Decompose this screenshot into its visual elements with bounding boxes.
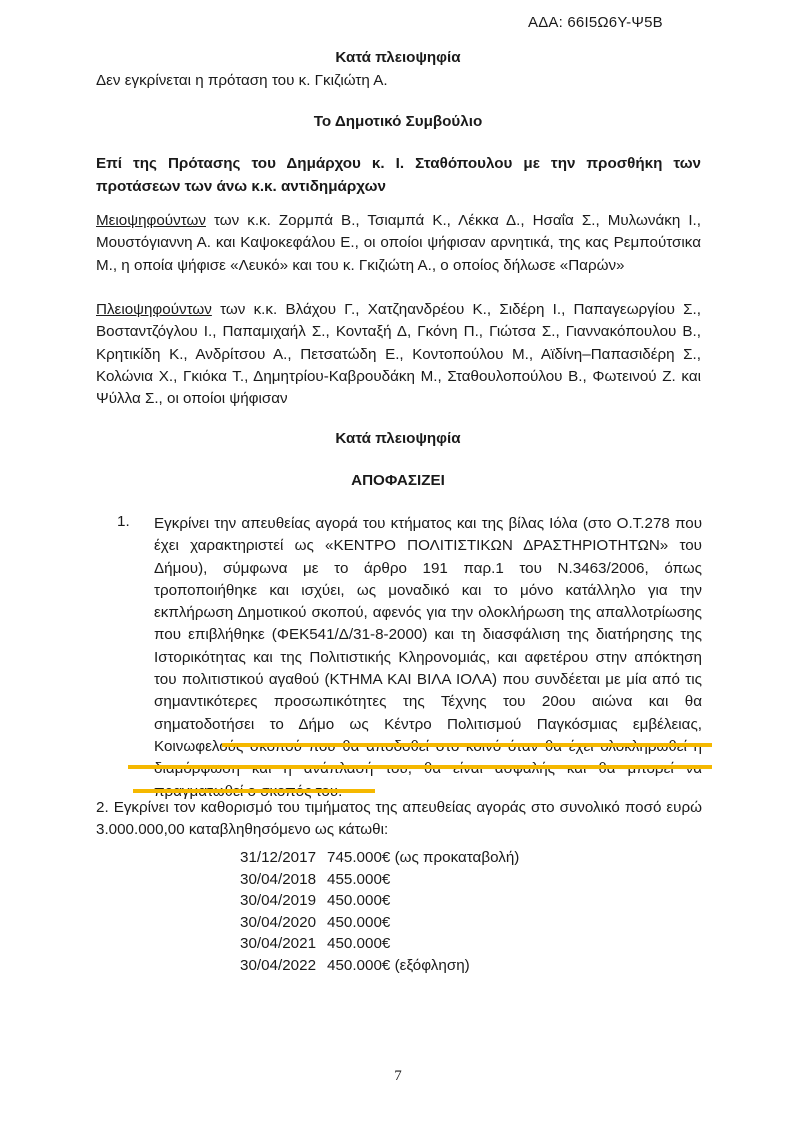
payment-row: 30/04/2022450.000€ (εξόφληση) bbox=[240, 955, 519, 977]
decision-number: 2. bbox=[96, 799, 109, 816]
payment-date: 31/12/2017 bbox=[240, 847, 327, 869]
payment-date: 30/04/2019 bbox=[240, 890, 327, 912]
rejection-text: Δεν εγκρίνεται η πρόταση του κ. Γκιζιώτη… bbox=[96, 70, 701, 92]
payment-row: 30/04/2018455.000€ bbox=[240, 869, 519, 891]
highlight-underline-1 bbox=[222, 743, 712, 747]
majority-paragraph: Πλειοψηφούντων των κ.κ. Βλάχου Γ., Χατζη… bbox=[96, 299, 701, 410]
decision-text: Εγκρίνει την απευθείας αγορά του κτήματο… bbox=[154, 515, 702, 733]
payment-amount: 450.000€ bbox=[327, 892, 390, 909]
minority-paragraph: Μειοψηφούντων των κ.κ. Ζορμπά Β., Τσιαμπ… bbox=[96, 210, 701, 277]
majority-heading-2: Κατά πλειοψηφία bbox=[0, 430, 796, 447]
payment-amount: 450.000€ bbox=[327, 914, 390, 931]
payment-amount: 450.000€ bbox=[327, 935, 390, 952]
majority-label: Πλειοψηφούντων bbox=[96, 301, 212, 318]
payment-amount: 450.000€ (εξόφληση) bbox=[327, 957, 470, 974]
proposal-heading: Επί της Πρότασης του Δημάρχου κ. Ι. Σταθ… bbox=[96, 152, 701, 198]
ada-code: ΑΔΑ: 66Ι5Ω6Υ-Ψ5Β bbox=[528, 14, 663, 31]
payment-date: 30/04/2022 bbox=[240, 955, 327, 977]
highlight-underline-2 bbox=[128, 765, 712, 769]
payment-row: 30/04/2019450.000€ bbox=[240, 890, 519, 912]
payment-row: 31/12/2017745.000€ (ως προκαταβολή) bbox=[240, 847, 519, 869]
payment-row: 30/04/2020450.000€ bbox=[240, 912, 519, 934]
payment-amount: 455.000€ bbox=[327, 871, 390, 888]
majority-heading-1: Κατά πλειοψηφία bbox=[0, 49, 796, 66]
decision-item-2: 2. Εγκρίνει τον καθορισμό του τιμήματος … bbox=[96, 797, 702, 842]
council-heading: Το Δημοτικό Συμβούλιο bbox=[0, 113, 796, 130]
payment-amount: 745.000€ (ως προκαταβολή) bbox=[327, 849, 519, 866]
payment-date: 30/04/2018 bbox=[240, 869, 327, 891]
page-number: 7 bbox=[0, 1068, 796, 1085]
decides-heading: ΑΠΟΦΑΣΙΖΕΙ bbox=[0, 472, 796, 489]
minority-label: Μειοψηφούντων bbox=[96, 212, 206, 229]
decision-body: Εγκρίνει την απευθείας αγορά του κτήματο… bbox=[154, 513, 702, 803]
payment-date: 30/04/2020 bbox=[240, 912, 327, 934]
decision-text: Εγκρίνει τον καθορισμό του τιμήματος της… bbox=[96, 799, 702, 838]
payment-date: 30/04/2021 bbox=[240, 933, 327, 955]
payment-schedule: 31/12/2017745.000€ (ως προκαταβολή)30/04… bbox=[240, 847, 519, 977]
highlight-underline-3 bbox=[133, 789, 375, 793]
decision-number: 1. bbox=[117, 513, 130, 530]
payment-row: 30/04/2021450.000€ bbox=[240, 933, 519, 955]
